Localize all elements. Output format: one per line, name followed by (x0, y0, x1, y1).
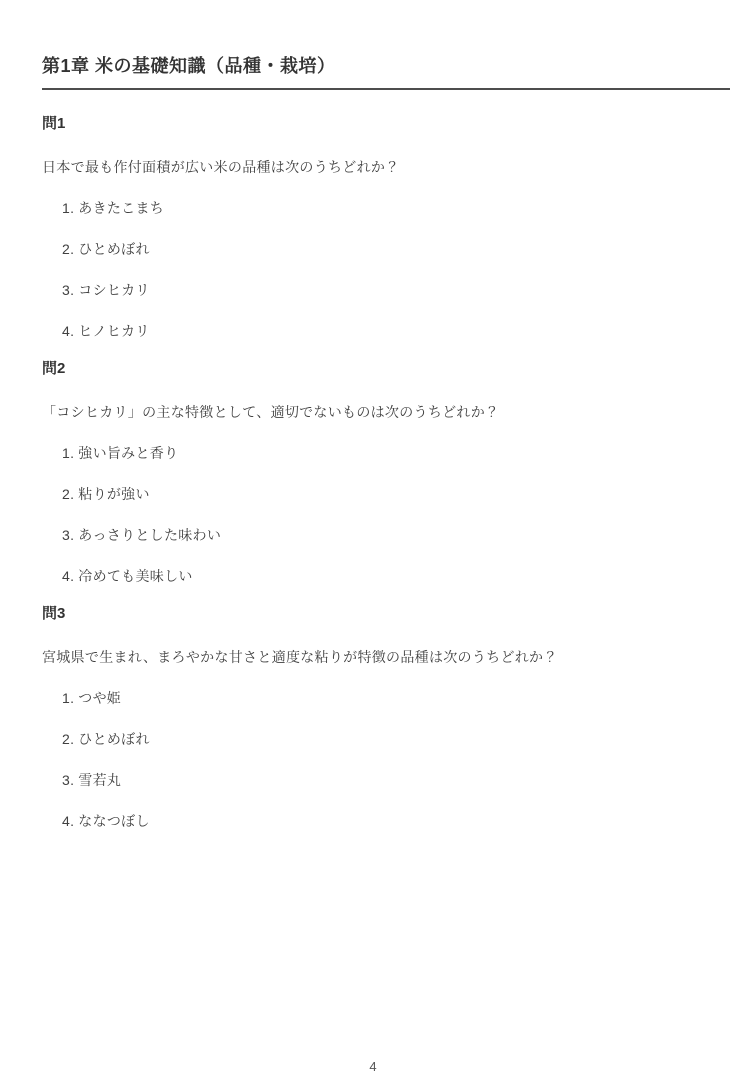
option-label: ななつぼし (78, 813, 150, 829)
option-item: 3.あっさりとした味わい (62, 525, 730, 545)
option-item: 1.強い旨みと香り (62, 443, 730, 463)
option-item: 2.ひとめぼれ (62, 239, 730, 259)
question-text: 日本で最も作付面積が広い米の品種は次のうちどれか？ (42, 157, 730, 177)
option-number: 2. (62, 486, 74, 502)
option-label: ひとめぼれ (78, 731, 150, 747)
question-number: 問1 (42, 113, 730, 134)
question-block-2: 問2 「コシヒカリ」の主な特徴として、適切でないものは次のうちどれか？ 1.強い… (42, 358, 730, 586)
option-label: ヒノヒカリ (78, 323, 149, 339)
page-content: 第1章 米の基礎知識（品種・栽培） 問1 日本で最も作付面積が広い米の品種は次の… (0, 0, 746, 831)
page-footer: 4 (0, 1058, 746, 1076)
option-number: 3. (62, 282, 74, 298)
option-item: 4.ヒノヒカリ (62, 321, 730, 341)
option-label: 雪若丸 (78, 772, 121, 788)
option-number: 3. (62, 772, 74, 788)
option-number: 2. (62, 731, 74, 747)
option-item: 4.冷めても美味しい (62, 566, 730, 586)
option-item: 2.粘りが強い (62, 484, 730, 504)
question-number: 問3 (42, 603, 730, 624)
option-label: ひとめぼれ (78, 241, 150, 257)
option-number: 4. (62, 813, 74, 829)
option-item: 3.コシヒカリ (62, 280, 730, 300)
question-text: 宮城県で生まれ、まろやかな甘さと適度な粘りが特徴の品種は次のうちどれか？ (42, 647, 730, 667)
option-item: 2.ひとめぼれ (62, 729, 730, 749)
question-block-1: 問1 日本で最も作付面積が広い米の品種は次のうちどれか？ 1.あきたこまち 2.… (42, 113, 730, 341)
option-item: 4.ななつぼし (62, 811, 730, 831)
option-label: コシヒカリ (78, 282, 150, 298)
question-text: 「コシヒカリ」の主な特徴として、適切でないものは次のうちどれか？ (42, 402, 730, 422)
question-block-3: 問3 宮城県で生まれ、まろやかな甘さと適度な粘りが特徴の品種は次のうちどれか？ … (42, 603, 730, 831)
option-number: 4. (62, 323, 74, 339)
option-number: 3. (62, 527, 74, 543)
option-label: つや姫 (78, 690, 121, 706)
heading-divider (42, 88, 730, 90)
option-item: 1.つや姫 (62, 688, 730, 708)
option-label: あっさりとした味わい (78, 527, 221, 543)
option-number: 2. (62, 241, 74, 257)
document-page: 第1章 米の基礎知識（品種・栽培） 問1 日本で最も作付面積が広い米の品種は次の… (0, 0, 746, 1080)
option-label: 強い旨みと香り (78, 445, 178, 461)
page-number: 4 (369, 1059, 376, 1074)
option-item: 3.雪若丸 (62, 770, 730, 790)
option-number: 1. (62, 200, 74, 216)
option-number: 1. (62, 445, 74, 461)
chapter-heading: 第1章 米の基礎知識（品種・栽培） (42, 54, 730, 79)
option-number: 1. (62, 690, 74, 706)
option-label: 粘りが強い (78, 486, 150, 502)
option-item: 1.あきたこまち (62, 198, 730, 218)
option-number: 4. (62, 568, 74, 584)
option-label: あきたこまち (78, 200, 164, 216)
question-number: 問2 (42, 358, 730, 379)
option-label: 冷めても美味しい (78, 568, 192, 584)
